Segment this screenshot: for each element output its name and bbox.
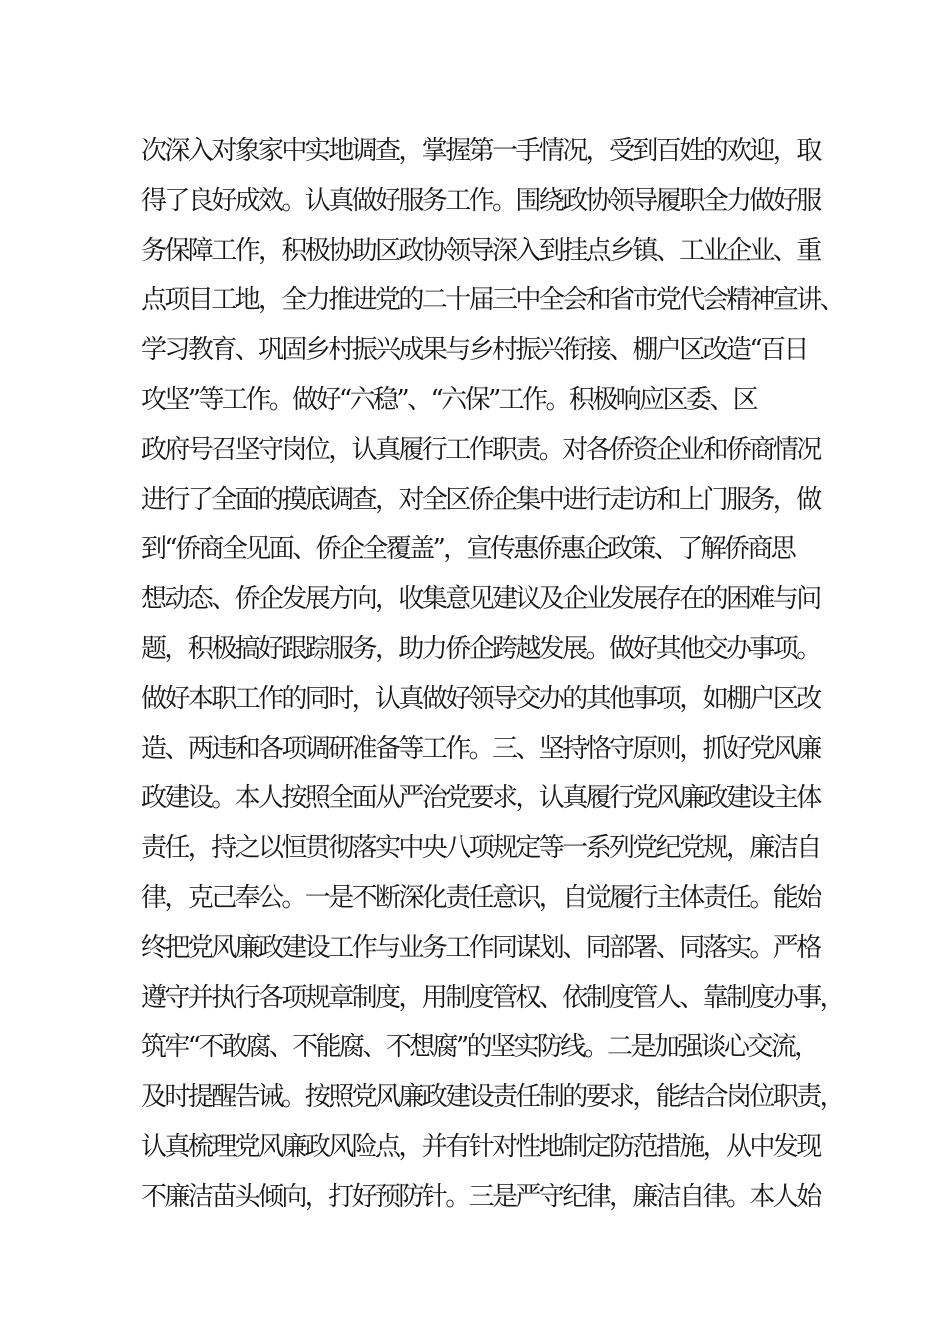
text-line: 政建设。本人按照全面从严治党要求，认真履行党风廉政建设主体 [141, 774, 831, 824]
text-line: 遵守并执行各项规章制度，用制度管权、依制度管人、靠制度办事， [141, 974, 831, 1024]
text-line: 到“侨商全见面、侨企全覆盖”，宣传惠侨惠企政策、了解侨商思 [141, 525, 831, 575]
document-page: 次深入对象家中实地调查，掌握第一手情况，受到百姓的欢迎，取 得了良好成效。认真做… [0, 0, 950, 1344]
text-line: 题，积极搞好跟踪服务，助力侨企跨越发展。做好其他交办事项。 [141, 625, 831, 675]
text-line: 点项目工地，全力推进党的二十届三中全会和省市党代会精神宣讲、 [141, 276, 831, 326]
text-line: 想动态、侨企发展方向，收集意见建议及企业发展存在的困难与问 [141, 575, 831, 625]
text-line: 得了良好成效。认真做好服务工作。围绕政协领导履职全力做好服 [141, 177, 831, 227]
text-line: 进行了全面的摸底调查，对全区侨企集中进行走访和上门服务，做 [141, 476, 831, 526]
text-line: 不廉洁苗头倾向，打好预防针。三是严守纪律，廉洁自律。本人始 [141, 1173, 831, 1223]
text-line: 政府号召坚守岗位，认真履行工作职责。对各侨资企业和侨商情况 [141, 426, 831, 476]
text-line: 造、两违和各项调研准备等工作。三、坚持恪守原则，抓好党风廉 [141, 725, 831, 775]
text-line: 筑牢“不敢腐、不能腐、不想腐”的坚实防线。二是加强谈心交流， [141, 1023, 831, 1073]
text-line: 律，克己奉公。一是不断深化责任意识，自觉履行主体责任。能始 [141, 874, 831, 924]
text-line: 及时提醒告诫。按照党风廉政建设责任制的要求，能结合岗位职责， [141, 1073, 831, 1123]
text-line: 认真梳理党风廉政风险点，并有针对性地制定防范措施，从中发现 [141, 1123, 831, 1173]
text-line: 攻坚”等工作。做好“六稳”、“六保”工作。积极响应区委、区 [141, 376, 831, 426]
text-line: 务保障工作，积极协助区政协领导深入到挂点乡镇、工业企业、重 [141, 227, 831, 277]
document-text-block: 次深入对象家中实地调查，掌握第一手情况，受到百姓的欢迎，取 得了良好成效。认真做… [141, 127, 831, 1223]
text-line: 学习教育、巩固乡村振兴成果与乡村振兴衔接、棚户区改造“百日 [141, 326, 831, 376]
text-line: 做好本职工作的同时，认真做好领导交办的其他事项，如棚户区改 [141, 675, 831, 725]
text-line: 次深入对象家中实地调查，掌握第一手情况，受到百姓的欢迎，取 [141, 127, 831, 177]
text-line: 终把党风廉政建设工作与业务工作同谋划、同部署、同落实。严格 [141, 924, 831, 974]
text-line: 责任，持之以恒贯彻落实中央八项规定等一系列党纪党规，廉洁自 [141, 824, 831, 874]
